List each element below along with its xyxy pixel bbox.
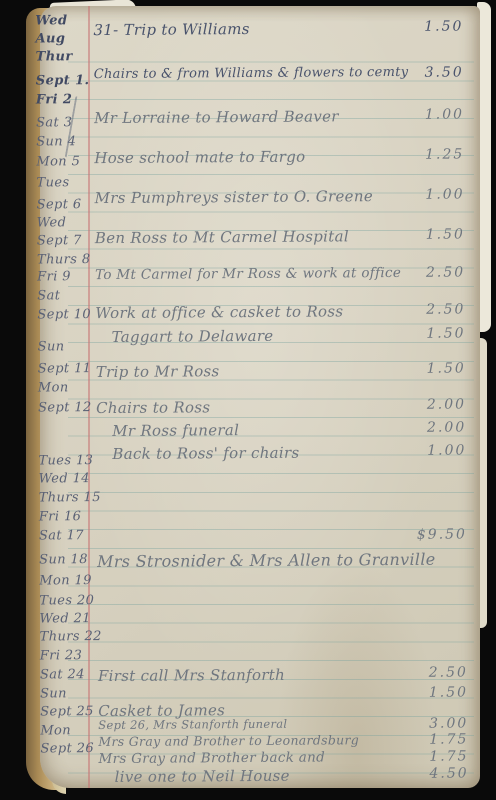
- entry-description: Mrs Gray and Brother to Leonardsburg: [98, 732, 359, 749]
- entry-description: Chairs to & from Williams & flowers to c…: [94, 65, 396, 82]
- entry-description: First call Mrs Stanforth: [98, 666, 285, 685]
- date-label: Tues 20: [39, 593, 97, 608]
- ledger-entry: Mr Lorraine to Howard Beaver1.00: [0, 106, 494, 129]
- entry-description: live one to Neil House: [115, 767, 290, 786]
- entry-amount: 1.00: [397, 186, 465, 202]
- date-label: Mon 19: [39, 573, 97, 588]
- entry-amount: 1.50: [397, 226, 465, 242]
- ledger-entry: Mr Ross funeral2.00: [0, 419, 496, 442]
- entry-amount: 1.25: [396, 146, 464, 162]
- date-label: Thur: [36, 49, 94, 64]
- entry-amount: 3.00: [400, 715, 468, 731]
- entry-amount: 1.00: [396, 106, 464, 122]
- ledger-entry: 31- Trip to Williams1.50: [0, 18, 493, 41]
- entry-amount: 2.00: [398, 419, 466, 435]
- ledger-entry: live one to Neil House4.50: [3, 765, 496, 788]
- ledger-entry: To Mt Carmel for Mr Ross & work at offic…: [0, 264, 495, 287]
- handwriting-layer: WedAugThurSept 1.Fri 2Sat 3Sun 4Mon 5Tue…: [0, 0, 496, 800]
- ledger-entry: Taggart to Delaware1.50: [0, 325, 496, 348]
- date-label: Sat: [37, 288, 95, 303]
- entry-description: Mr Lorraine to Howard Beaver: [94, 107, 339, 127]
- entry-description: Mr Ross funeral: [112, 421, 239, 440]
- entry-description: Taggart to Delaware: [111, 327, 273, 346]
- ledger-entry: Chairs to & from Williams & flowers to c…: [0, 64, 494, 87]
- entry-amount: 1.00: [398, 442, 466, 458]
- entry-description: Back to Ross' for chairs: [112, 444, 299, 463]
- date-label: Wed 21: [39, 611, 97, 626]
- ledger-entry: Chairs to Ross2.00: [0, 396, 496, 419]
- ledger-entry: Ben Ross to Mt Carmel Hospital1.50: [0, 226, 495, 249]
- entry-description: Sept 26, Mrs Stanforth funeral: [98, 717, 287, 732]
- photo-background: WedAugThurSept 1.Fri 2Sat 3Sun 4Mon 5Tue…: [0, 0, 496, 800]
- entry-description: To Mt Carmel for Mr Ross & work at offic…: [95, 265, 397, 283]
- entry-description: Hose school mate to Fargo: [94, 148, 305, 167]
- ledger-entry: Hose school mate to Fargo1.25: [0, 146, 494, 169]
- ledger-entry: $9.50: [1, 526, 496, 549]
- entry-description: Mrs Pumphreys sister to O. Greene: [95, 187, 374, 207]
- date-label: Thurs 8: [37, 252, 95, 267]
- entry-description: Work at office & casket to Ross: [95, 302, 343, 322]
- date-label: Thurs 22: [40, 629, 98, 644]
- entry-amount: 1.75: [400, 748, 468, 764]
- date-label: Sun 4: [36, 134, 94, 149]
- ledger-entry: Back to Ross' for chairs1.00: [0, 442, 496, 465]
- entry-amount: 2.00: [398, 396, 466, 412]
- entry-amount: 1.50: [395, 18, 463, 34]
- entry-amount: 2.50: [397, 264, 465, 280]
- date-label: Fri 23: [40, 648, 98, 663]
- ledger-entry: Work at office & casket to Ross2.50: [0, 301, 495, 324]
- entry-description: Chairs to Ross: [96, 398, 210, 417]
- entry-amount: 2.50: [400, 664, 468, 680]
- ledger-entry: Mrs Pumphreys sister to O. Greene1.00: [0, 186, 495, 209]
- entry-amount: $9.50: [399, 526, 467, 542]
- entry-amount: 3.50: [396, 64, 464, 80]
- entry-description: 31- Trip to Williams: [93, 20, 249, 39]
- entry-amount: 1.50: [400, 684, 468, 700]
- entry-description: Mrs Gray and Brother back and: [98, 749, 325, 767]
- entry-description: Ben Ross to Mt Carmel Hospital: [95, 227, 349, 247]
- ledger-entry: Trip to Mr Ross1.50: [0, 360, 496, 383]
- date-label: Wed 14: [38, 471, 96, 486]
- entry-amount: 1.50: [398, 360, 466, 376]
- date-label: Fri 16: [39, 509, 97, 524]
- entry-description: Trip to Mr Ross: [96, 362, 220, 381]
- entry-amount: 4.50: [401, 765, 469, 781]
- entry-amount: 1.75: [400, 731, 468, 747]
- ledger-entry: Mrs Strosnider & Mrs Allen to Granville: [1, 549, 496, 572]
- date-label: Fri 2: [36, 92, 94, 107]
- entry-amount: 1.50: [397, 325, 465, 341]
- date-label: Thurs 15: [39, 490, 97, 505]
- entry-description: Mrs Strosnider & Mrs Allen to Granville: [97, 550, 399, 571]
- entry-amount: 2.50: [397, 301, 465, 317]
